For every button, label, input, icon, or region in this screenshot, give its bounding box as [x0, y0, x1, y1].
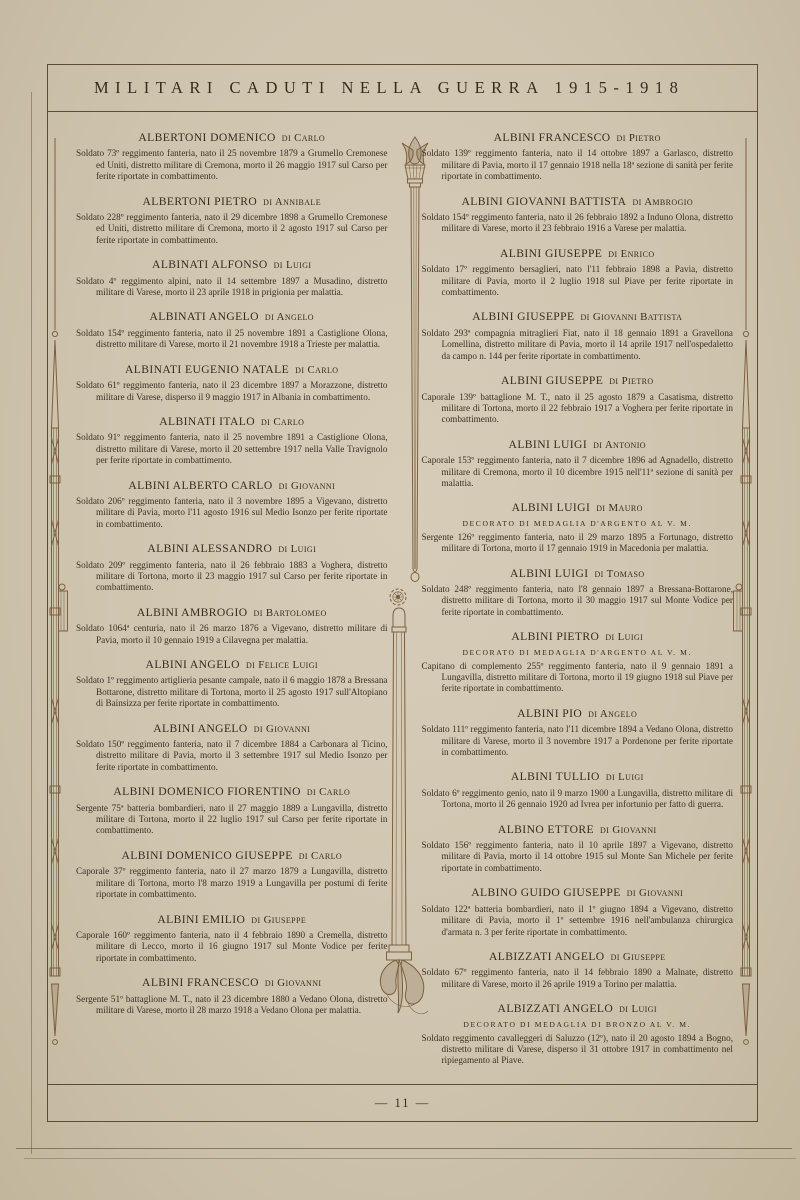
soldier-name: ALBINI EMILIO: [157, 913, 245, 926]
soldier-name-heading: ALBINO ETTOREdi Giovanni: [422, 823, 734, 836]
soldier-record-text: Caporale 139º battaglione M. T., nato il…: [422, 392, 734, 426]
soldier-record-text: Soldato 139º reggimento fanteria, nato i…: [422, 148, 734, 182]
soldier-name: ALBINI AMBROGIO: [137, 606, 248, 619]
book-bottom-edge: [24, 1158, 796, 1159]
soldier-record-text: Soldato 122ª batteria bombardieri, nato …: [422, 904, 734, 938]
soldier-name-heading: ALBINI PIOdi Angelo: [422, 707, 734, 720]
soldier-entry: ALBINI LUIGIdi Tomaso Soldato 248º reggi…: [422, 567, 734, 619]
soldier-name-heading: ALBINATI ALFONSOdi Luigi: [76, 258, 388, 271]
soldier-record-text: Soldato 61º reggimento fanteria, nato il…: [76, 380, 388, 403]
soldier-entry: ALBINATI EUGENIO NATALEdi Carlo Soldato …: [76, 363, 388, 403]
soldier-name-heading: ALBINI ALBERTO CARLOdi Giovanni: [76, 479, 388, 492]
soldier-entry: ALBINI TULLIOdi Luigi Soldato 6º reggime…: [422, 770, 734, 810]
soldier-name: ALBIZZATI ANGELO: [498, 1002, 614, 1015]
soldier-entry: ALBINI FRANCESCOdi Giovanni Sergente 51º…: [76, 976, 388, 1016]
soldier-patronymic: di Antonio: [593, 439, 646, 451]
soldier-entry: ALBIZZATI ANGELOdi Luigi Decorato di med…: [422, 1002, 734, 1067]
left-column: ALBERTONI DOMENICOdi Carlo Soldato 73º r…: [76, 131, 388, 1084]
soldier-entry: ALBINI AMBROGIOdi Bartolomeo Soldato 106…: [76, 606, 388, 646]
soldier-name-heading: ALBINATI ANGELOdi Angelo: [76, 310, 388, 323]
soldier-entry: ALBINATI ALFONSOdi Luigi Soldato 4º regg…: [76, 258, 388, 298]
folio-band: — 11 —: [48, 1084, 757, 1121]
soldier-name-heading: ALBINI ALESSANDROdi Luigi: [76, 542, 388, 555]
soldier-patronymic: di Luigi: [278, 543, 316, 555]
soldier-record-text: Soldato 154º reggimento fanteria, nato i…: [76, 328, 388, 351]
page-fold-edge: [31, 92, 32, 1154]
soldier-name: ALBINATI ANGELO: [150, 310, 259, 323]
soldier-name-heading: ALBINATI EUGENIO NATALEdi Carlo: [76, 363, 388, 376]
soldier-record-text: Soldato 6º reggimento genio, nato il 9 m…: [422, 788, 734, 811]
soldier-patronymic: di Ambrogio: [632, 196, 693, 208]
soldier-name: ALBINI LUIGI: [509, 438, 588, 451]
medal-citation: Decorato di medaglia d'argento al V. M.: [422, 519, 734, 528]
page-number: — 11 —: [375, 1096, 430, 1111]
soldier-entry: ALBINI ALESSANDROdi Luigi Soldato 209º r…: [76, 542, 388, 594]
soldier-name: ALBINATI ITALO: [159, 415, 255, 428]
soldier-entry: ALBINI DOMENICO FIORENTINOdi Carlo Serge…: [76, 785, 388, 837]
soldier-patronymic: di Carlo: [307, 786, 350, 798]
soldier-entry: ALBERTONI DOMENICOdi Carlo Soldato 73º r…: [76, 131, 388, 183]
soldier-name-heading: ALBINO GUIDO GIUSEPPEdi Giovanni: [422, 886, 734, 899]
soldier-record-text: Soldato reggimento cavalleggeri di Saluz…: [422, 1033, 734, 1067]
book-bottom-edge: [16, 1148, 792, 1149]
soldier-name-heading: ALBINI GIOVANNI BATTISTAdi Ambrogio: [422, 195, 734, 208]
soldier-entry: ALBINO ETTOREdi Giovanni Soldato 156º re…: [422, 823, 734, 875]
soldier-record-text: Soldato 206º reggimento fanteria, nato i…: [76, 496, 388, 530]
soldier-name: ALBINI GIUSEPPE: [500, 247, 602, 260]
soldier-record-text: Soldato 228º reggimento fanteria, nato i…: [76, 212, 388, 246]
soldier-patronymic: di Giovanni: [279, 480, 336, 492]
soldier-entry: ALBIZZATI ANGELOdi Giuseppe Soldato 67º …: [422, 950, 734, 990]
soldier-name-heading: ALBINI DOMENICO FIORENTINOdi Carlo: [76, 785, 388, 798]
soldier-entry: ALBINI GIUSEPPEdi Giovanni Battista Sold…: [422, 310, 734, 362]
soldier-entry: ALBINATI ITALOdi Carlo Soldato 91º reggi…: [76, 415, 388, 467]
soldier-record-text: Soldato 111º reggimento fanteria, nato l…: [422, 724, 734, 758]
entries-area: ALBERTONI DOMENICOdi Carlo Soldato 73º r…: [48, 113, 757, 1084]
soldier-record-text: Sergente 75ª batteria bombardieri, nato …: [76, 803, 388, 837]
soldier-patronymic: di Carlo: [261, 416, 304, 428]
soldier-entry: ALBINI GIUSEPPEdi Enrico Soldato 17º reg…: [422, 247, 734, 299]
right-column: ALBINI FRANCESCOdi Pietro Soldato 139º r…: [422, 131, 734, 1084]
soldier-record-text: Soldato 4º reggimento alpini, nato il 14…: [76, 276, 388, 299]
soldier-entry: ALBINI ANGELOdi Giovanni Soldato 150º re…: [76, 722, 388, 774]
soldier-patronymic: di Bartolomeo: [254, 607, 327, 619]
soldier-entry: ALBINI LUIGIdi Mauro Decorato di medagli…: [422, 501, 734, 554]
soldier-name: ALBINI GIUSEPPE: [472, 310, 574, 323]
soldier-record-text: Soldato 156º reggimento fanteria, nato i…: [422, 840, 734, 874]
soldier-name: ALBERTONI DOMENICO: [138, 131, 275, 144]
soldier-name-heading: ALBINI AMBROGIOdi Bartolomeo: [76, 606, 388, 619]
soldier-record-text: Soldato 209º reggimento fanteria, nato i…: [76, 560, 388, 594]
soldier-name-heading: ALBINI GIUSEPPEdi Pietro: [422, 374, 734, 387]
soldier-name-heading: ALBINI EMILIOdi Giuseppe: [76, 913, 388, 926]
soldier-name: ALBINI ANGELO: [146, 658, 240, 671]
soldier-record-text: Soldato 67º reggimento fanteria, nato il…: [422, 967, 734, 990]
page-title: MILITARI CADUTI NELLA GUERRA 1915-1918: [94, 78, 684, 98]
soldier-name-heading: ALBINI LUIGIdi Mauro: [422, 501, 734, 514]
soldier-entry: ALBINI GIOVANNI BATTISTAdi Ambrogio Sold…: [422, 195, 734, 235]
soldier-patronymic: di Giovanni Battista: [580, 311, 682, 323]
soldier-entry: ALBINI FRANCESCOdi Pietro Soldato 139º r…: [422, 131, 734, 183]
soldier-name-heading: ALBINI GIUSEPPEdi Enrico: [422, 247, 734, 260]
soldier-name: ALBINI LUIGI: [510, 567, 589, 580]
soldier-name-heading: ALBINI GIUSEPPEdi Giovanni Battista: [422, 310, 734, 323]
soldier-name-heading: ALBINI LUIGIdi Antonio: [422, 438, 734, 451]
soldier-record-text: Soldato 1º reggimento artiglieria pesant…: [76, 675, 388, 709]
book-page: MILITARI CADUTI NELLA GUERRA 1915-1918 A…: [0, 0, 800, 1200]
soldier-name: ALBINATI ALFONSO: [152, 258, 268, 271]
soldier-entry: ALBINI EMILIOdi Giuseppe Caporale 160º r…: [76, 913, 388, 965]
soldier-patronymic: di Giovanni: [254, 723, 311, 735]
soldier-patronymic: di Felice Luigi: [246, 659, 318, 671]
soldier-patronymic: di Carlo: [282, 132, 325, 144]
soldier-record-text: Caporale 37º reggimento fanteria, nato i…: [76, 866, 388, 900]
soldier-patronymic: di Luigi: [619, 1003, 657, 1015]
soldier-patronymic: di Angelo: [588, 708, 637, 720]
soldier-name: ALBINO ETTORE: [498, 823, 594, 836]
soldier-name-heading: ALBERTONI PIETROdi Annibale: [76, 195, 388, 208]
soldier-record-text: Caporale 153º reggimento fanteria, nato …: [422, 455, 734, 489]
soldier-patronymic: di Giuseppe: [251, 914, 306, 926]
soldier-record-text: Soldato 1064ª centuria, nato il 26 marzo…: [76, 623, 388, 646]
soldier-name: ALBINI DOMENICO GIUSEPPE: [121, 849, 292, 862]
page-frame: MILITARI CADUTI NELLA GUERRA 1915-1918 A…: [47, 64, 758, 1122]
soldier-entry: ALBINO GUIDO GIUSEPPEdi Giovanni Soldato…: [422, 886, 734, 938]
soldier-patronymic: di Pietro: [609, 375, 653, 387]
soldier-patronymic: di Giovanni: [265, 977, 322, 989]
soldier-patronymic: di Tomaso: [594, 568, 644, 580]
soldier-name: ALBINI FRANCESCO: [142, 976, 259, 989]
soldier-name: ALBINI ALBERTO CARLO: [128, 479, 272, 492]
medal-citation: Decorato di medaglia d'argento al V. M.: [422, 648, 734, 657]
soldier-entry: ALBINI GIUSEPPEdi Pietro Caporale 139º b…: [422, 374, 734, 426]
soldier-record-text: Caporale 160º reggimento fanteria, nato …: [76, 930, 388, 964]
soldier-name: ALBERTONI PIETRO: [142, 195, 257, 208]
soldier-entry: ALBINI DOMENICO GIUSEPPEdi Carlo Caporal…: [76, 849, 388, 901]
soldier-patronymic: di Luigi: [606, 771, 644, 783]
soldier-patronymic: di Carlo: [299, 850, 342, 862]
soldier-name: ALBINO GUIDO GIUSEPPE: [471, 886, 620, 899]
soldier-entry: ALBINI PIETROdi Luigi Decorato di medagl…: [422, 630, 734, 695]
soldier-name-heading: ALBINI TULLIOdi Luigi: [422, 770, 734, 783]
soldier-record-text: Soldato 91º reggimento fanteria, nato il…: [76, 432, 388, 466]
soldier-name-heading: ALBERTONI DOMENICOdi Carlo: [76, 131, 388, 144]
soldier-name: ALBINATI EUGENIO NATALE: [125, 363, 289, 376]
medal-citation: Decorato di medaglia di bronzo al V. M.: [422, 1020, 734, 1029]
soldier-patronymic: di Carlo: [295, 364, 338, 376]
soldier-name-heading: ALBINI FRANCESCOdi Giovanni: [76, 976, 388, 989]
soldier-name-heading: ALBINI PIETROdi Luigi: [422, 630, 734, 643]
soldier-entry: ALBINATI ANGELOdi Angelo Soldato 154º re…: [76, 310, 388, 350]
soldier-name: ALBINI PIETRO: [511, 630, 599, 643]
soldier-name-heading: ALBINI LUIGIdi Tomaso: [422, 567, 734, 580]
soldier-entry: ALBINI PIOdi Angelo Soldato 111º reggime…: [422, 707, 734, 759]
soldier-name: ALBINI PIO: [517, 707, 582, 720]
soldier-patronymic: di Giuseppe: [611, 951, 666, 963]
soldier-patronymic: di Annibale: [263, 196, 321, 208]
soldier-name: ALBINI FRANCESCO: [494, 131, 611, 144]
soldier-patronymic: di Pietro: [617, 132, 661, 144]
soldier-entry: ALBINI ALBERTO CARLOdi Giovanni Soldato …: [76, 479, 388, 531]
soldier-name: ALBINI TULLIO: [511, 770, 600, 783]
soldier-record-text: Sergente 51º battaglione M. T., nato il …: [76, 994, 388, 1017]
soldier-name-heading: ALBINI DOMENICO GIUSEPPEdi Carlo: [76, 849, 388, 862]
soldier-patronymic: di Giovanni: [627, 887, 684, 899]
soldier-name-heading: ALBINI ANGELOdi Giovanni: [76, 722, 388, 735]
soldier-name-heading: ALBIZZATI ANGELOdi Giuseppe: [422, 950, 734, 963]
soldier-record-text: Soldato 150º reggimento fanteria, nato i…: [76, 739, 388, 773]
soldier-name: ALBINI LUIGI: [512, 501, 591, 514]
soldier-record-text: Soldato 248º reggimento fanteria, nato l…: [422, 584, 734, 618]
soldier-name: ALBINI ALESSANDRO: [147, 542, 272, 555]
soldier-record-text: Soldato 293ª compagnia mitraglieri Fiat,…: [422, 328, 734, 362]
soldier-patronymic: di Luigi: [274, 259, 312, 271]
soldier-patronymic: di Enrico: [608, 248, 654, 260]
soldier-record-text: Soldato 73º reggimento fanteria, nato il…: [76, 148, 388, 182]
soldier-name: ALBIZZATI ANGELO: [489, 950, 605, 963]
soldier-name-heading: ALBIZZATI ANGELOdi Luigi: [422, 1002, 734, 1015]
soldier-entry: ALBINI LUIGIdi Antonio Caporale 153º reg…: [422, 438, 734, 490]
soldier-patronymic: di Giovanni: [600, 824, 657, 836]
title-band: MILITARI CADUTI NELLA GUERRA 1915-1918: [48, 65, 757, 112]
soldier-record-text: Soldato 17º reggimento bersaglieri, nato…: [422, 264, 734, 298]
soldier-name: ALBINI GIUSEPPE: [501, 374, 603, 387]
soldier-record-text: Sergente 126º reggimento fanteria, nato …: [422, 532, 734, 555]
soldier-name: ALBINI ANGELO: [153, 722, 247, 735]
soldier-name-heading: ALBINI FRANCESCOdi Pietro: [422, 131, 734, 144]
soldier-name-heading: ALBINATI ITALOdi Carlo: [76, 415, 388, 428]
soldier-patronymic: di Angelo: [265, 311, 314, 323]
soldier-name: ALBINI GIOVANNI BATTISTA: [462, 195, 627, 208]
soldier-entry: ALBINI ANGELOdi Felice Luigi Soldato 1º …: [76, 658, 388, 710]
soldier-record-text: Soldato 154º reggimento fanteria, nato i…: [422, 212, 734, 235]
soldier-record-text: Capitano di complemento 255º reggimento …: [422, 661, 734, 695]
soldier-patronymic: di Luigi: [605, 631, 643, 643]
soldier-name-heading: ALBINI ANGELOdi Felice Luigi: [76, 658, 388, 671]
soldier-entry: ALBERTONI PIETROdi Annibale Soldato 228º…: [76, 195, 388, 247]
soldier-patronymic: di Mauro: [596, 502, 643, 514]
soldier-name: ALBINI DOMENICO FIORENTINO: [113, 785, 301, 798]
